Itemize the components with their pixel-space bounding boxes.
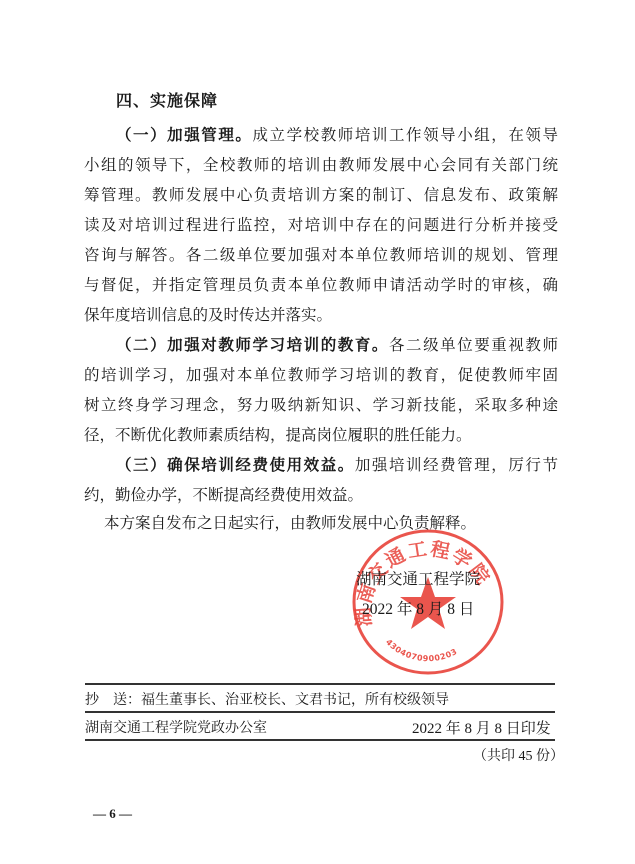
issue-date: 2022 年 8 月 8 日印发 <box>412 717 551 738</box>
cc-line: 抄 送：福生董事长、治亚校长、文君书记，所有校级领导 <box>85 689 449 709</box>
signature-date: 2022 年 8 月 8 日 <box>362 597 474 619</box>
section-heading: 四、实施保障 <box>116 88 218 111</box>
paragraph-1-line-5: 咨询与解答。各二级单位要加强对本单位教师培训的规划、管理 <box>84 243 558 267</box>
paragraph-1-line-6: 与督促，并指定管理员负责本单位教师申请活动学时的审核，确 <box>84 273 558 297</box>
paragraph-2-line-4: 径，不断优化教师素质结构，提高岗位履职的胜任能力。 <box>84 423 558 447</box>
copies-count: （共印 45 份） <box>473 745 564 765</box>
issuer: 湖南交通工程学院党政办公室 <box>85 717 267 737</box>
paragraph-1-title: （一）加强管理。 <box>116 125 252 144</box>
signature-organization: 湖南交通工程学院 <box>356 567 480 589</box>
cc-recipients: 福生董事长、治亚校长、文君书记，所有校级领导 <box>141 692 449 708</box>
paragraph-1-line-2: 小组的领导下，全校教师的培训由教师发展中心会同有关部门统 <box>84 153 558 177</box>
paragraph-1-line-7: 保年度培训信息的及时传达并落实。 <box>84 303 558 327</box>
stamp-code: 4304070900203 <box>384 637 459 663</box>
footer-top-rule <box>85 683 555 685</box>
paragraph-2-line-2: 的培训学习，加强对本单位教师学习培训的教育，促使教师牢固 <box>84 363 558 387</box>
cc-label: 抄 送： <box>85 692 141 708</box>
paragraph-1-line-4: 读及对培训过程进行监控，对培训中存在的问题进行分析并接受 <box>84 213 558 237</box>
svg-text:4304070900203: 4304070900203 <box>384 637 459 663</box>
paragraph-1-line-3: 筹管理。教师发展中心负责培训方案的制订、信息发布、政策解 <box>84 183 558 207</box>
paragraph-3-line-2: 约，勤俭办学，不断提高经费使用效益。 <box>84 483 558 507</box>
paragraph-2-line-3: 树立终身学习理念，努力吸纳新知识、学习新技能，采取多种途 <box>84 393 558 417</box>
paragraph-3-title: （三）确保培训经费使用效益。 <box>116 455 355 474</box>
footer-middle-rule <box>85 711 555 713</box>
footer-bottom-rule <box>85 739 555 741</box>
page-number: — 6 — <box>93 806 132 822</box>
paragraph-1-line-1: （一）加强管理。成立学校教师培训工作领导小组，在领导 <box>116 123 558 147</box>
paragraph-2-title: （二）加强对教师学习培训的教育。 <box>116 335 389 354</box>
paragraph-2-line-1: （二）加强对教师学习培训的教育。各二级单位要重视教师 <box>116 333 558 357</box>
paragraph-3-line-1: （三）确保培训经费使用效益。加强培训经费管理，厉行节 <box>116 453 558 477</box>
